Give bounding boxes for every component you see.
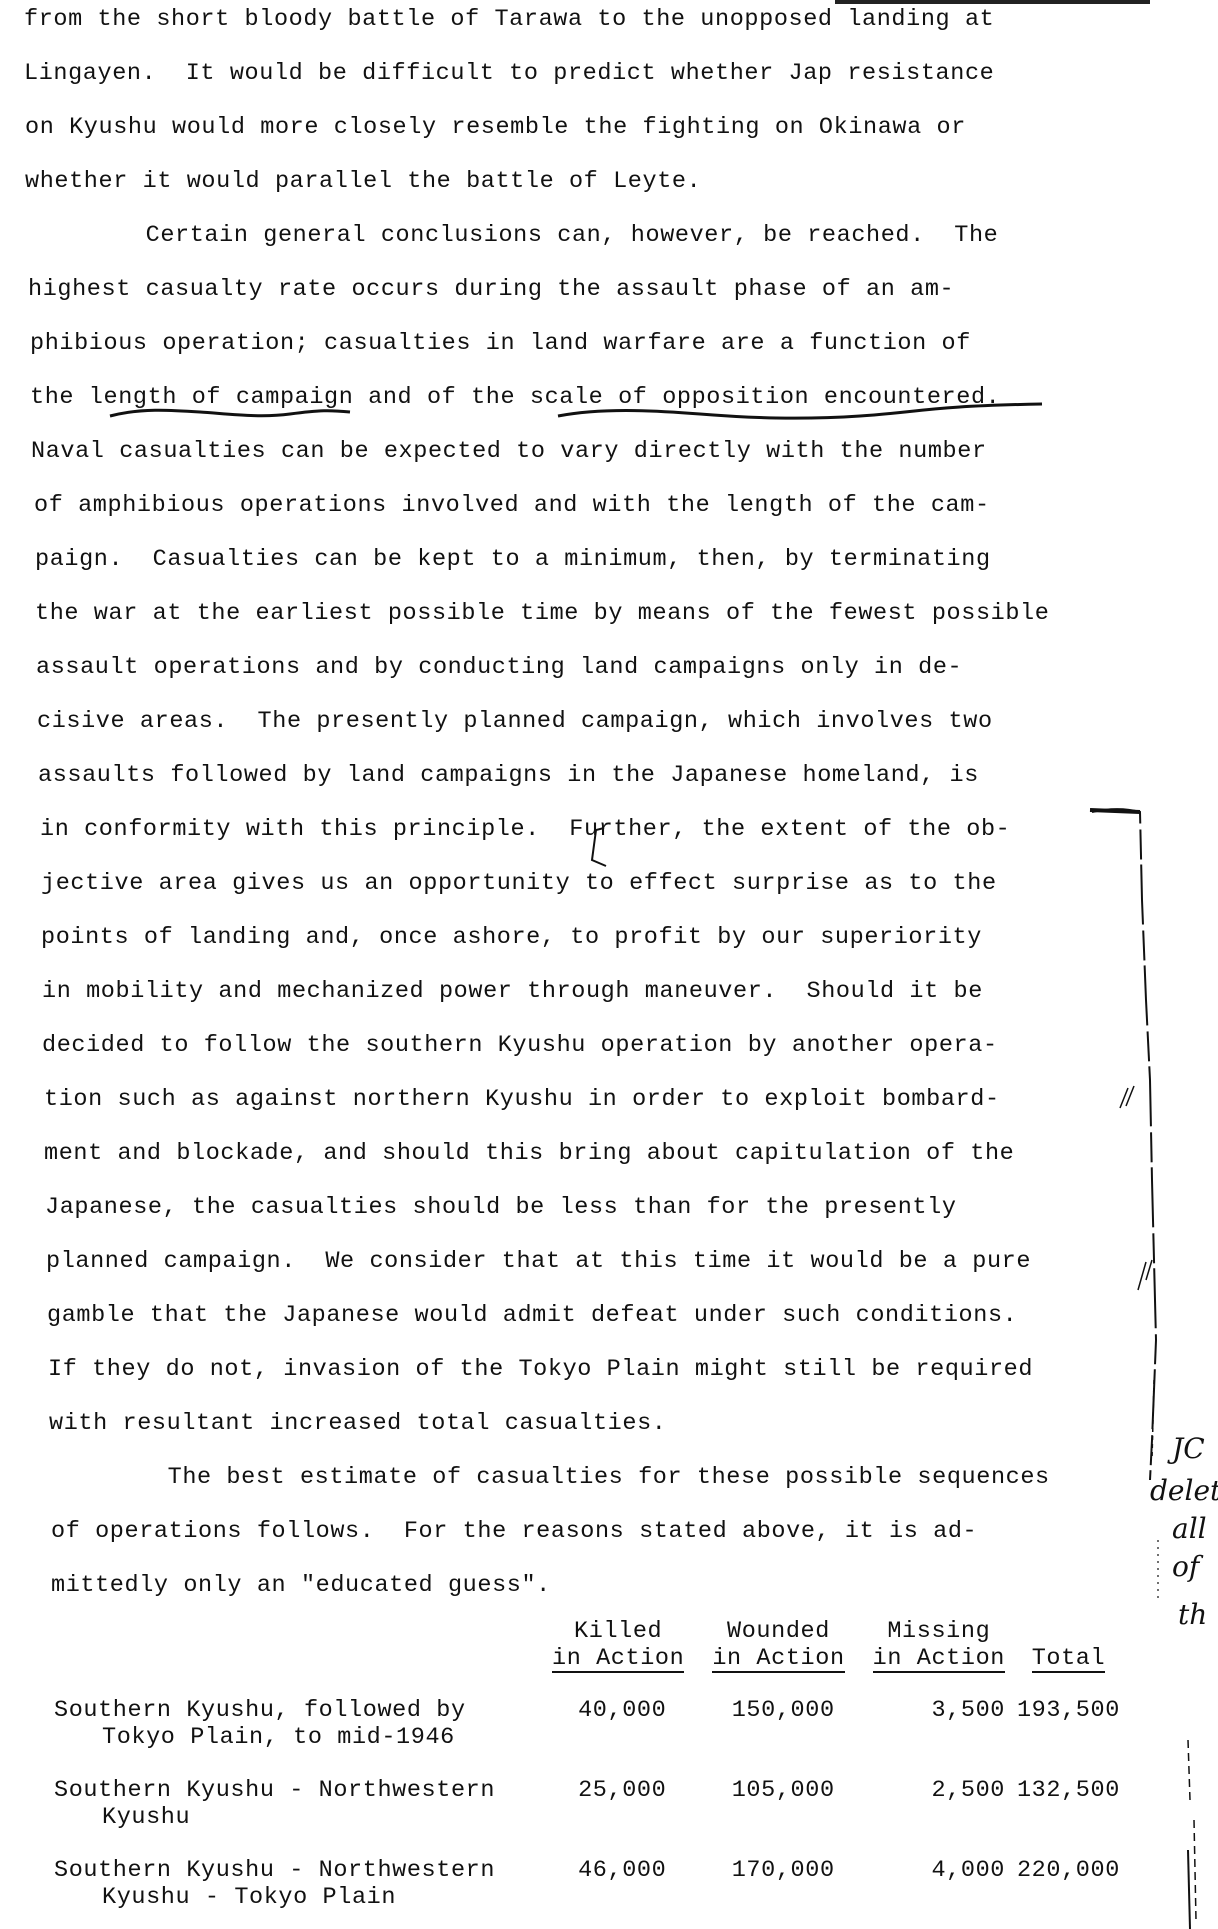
margin-bracket [1092, 809, 1156, 1480]
total-value: 193,500 [1011, 1697, 1126, 1777]
total-value: 132,500 [1011, 1777, 1126, 1857]
handwritten-note-line: of [1172, 1550, 1199, 1583]
open-bracket-mark [592, 828, 606, 866]
total-value: 220,000 [1011, 1857, 1126, 1929]
header-missing: Missingin Action [851, 1618, 1011, 1697]
killed-value: 46,000 [546, 1857, 690, 1929]
handwritten-note-line: th [1178, 1598, 1207, 1631]
table-row: Southern Kyushu, followed byTokyo Plain,… [54, 1697, 1126, 1777]
table-row: Southern Kyushu - NorthwesternKyushu - T… [54, 1857, 1126, 1929]
missing-value: 4,000 [851, 1857, 1011, 1929]
header-wounded: Woundedin Action [690, 1618, 850, 1697]
wounded-value: 105,000 [690, 1777, 850, 1857]
header-killed: Killedin Action [546, 1618, 690, 1697]
killed-value: 40,000 [546, 1697, 690, 1777]
row-label: Southern Kyushu, followed byTokyo Plain,… [54, 1697, 546, 1777]
missing-value: 3,500 [851, 1697, 1011, 1777]
wounded-value: 150,000 [690, 1697, 850, 1777]
missing-value: 2,500 [851, 1777, 1011, 1857]
killed-value: 25,000 [546, 1777, 690, 1857]
handwritten-note-line: all [1172, 1512, 1207, 1545]
table-row: Southern Kyushu - NorthwesternKyushu 25,… [54, 1777, 1126, 1857]
table-header-row: Killedin Action Woundedin Action Missing… [54, 1618, 1126, 1697]
slash-mark [1120, 1086, 1134, 1108]
underline-length-of-campaign [110, 410, 350, 416]
slash-mark [1138, 1260, 1152, 1290]
handwritten-note-line: delete [1150, 1474, 1218, 1507]
underline-scale-of-opposition [558, 404, 1042, 418]
casualty-estimate-table: Killedin Action Woundedin Action Missing… [54, 1618, 1126, 1929]
header-label-column [54, 1618, 546, 1697]
wounded-value: 170,000 [690, 1857, 850, 1929]
header-total: Total [1011, 1618, 1126, 1697]
row-label: Southern Kyushu - NorthwesternKyushu - T… [54, 1857, 546, 1929]
row-label: Southern Kyushu - NorthwesternKyushu [54, 1777, 546, 1857]
handwritten-note-line: JC [1172, 1432, 1205, 1465]
